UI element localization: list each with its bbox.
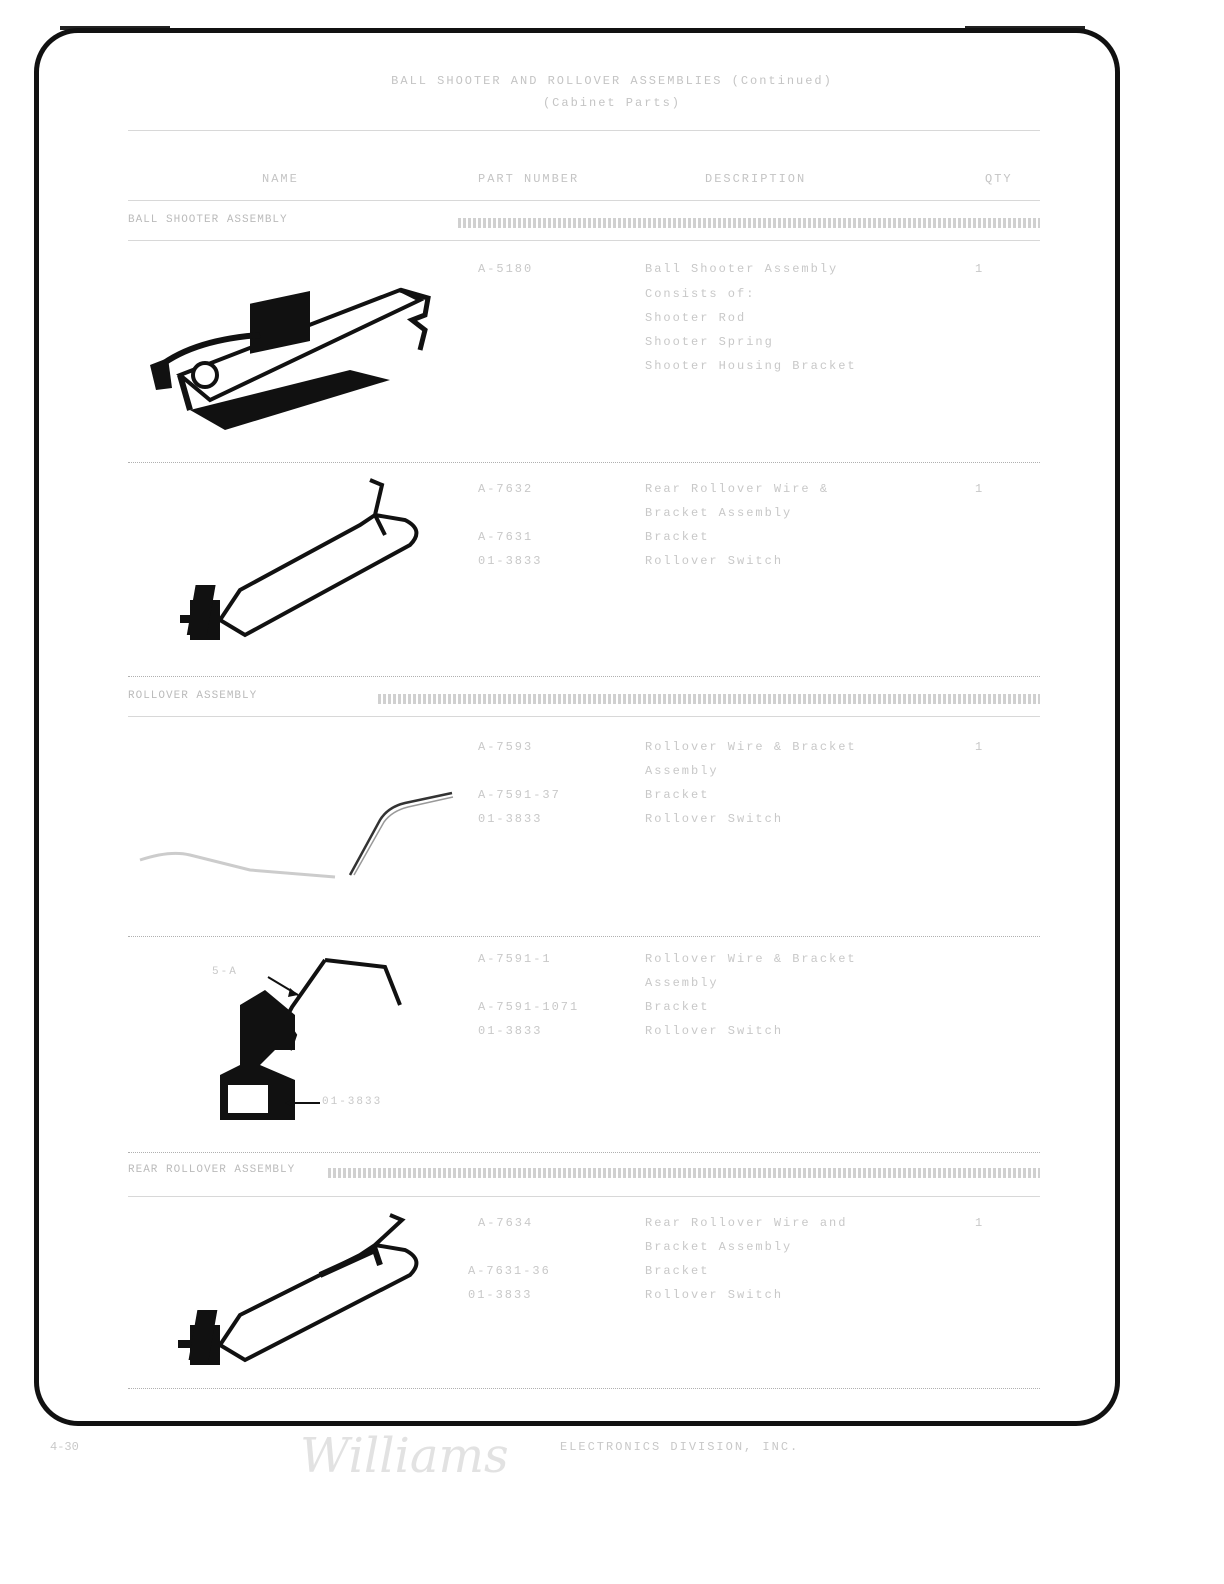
divider	[128, 1388, 1040, 1389]
qty: 1	[975, 482, 984, 496]
qty: 1	[975, 262, 984, 276]
page-subtitle: (Cabinet Parts)	[0, 96, 1224, 110]
column-header-part-number: PART NUMBER	[478, 172, 579, 186]
description: Bracket	[645, 1000, 709, 1014]
description: Consists of:	[645, 287, 755, 301]
description: Rear Rollover Wire &	[645, 482, 829, 496]
divider	[128, 676, 1040, 677]
section-bar: ROLLOVER ASSEMBLY	[128, 690, 1040, 708]
description: Rollover Switch	[645, 1024, 783, 1038]
part-number: 01-3833	[478, 554, 542, 568]
part-number: A-5180	[478, 262, 533, 276]
rollover-bracket-illustration	[200, 955, 420, 1135]
divider	[128, 462, 1040, 463]
page-number: 4-30	[50, 1440, 79, 1454]
description: Shooter Housing Bracket	[645, 359, 857, 373]
description: Ball Shooter Assembly	[645, 262, 838, 276]
part-number: A-7631	[478, 530, 533, 544]
company-name: ELECTRONICS DIVISION, INC.	[560, 1440, 799, 1454]
description: Rollover Switch	[645, 812, 783, 826]
description: Shooter Spring	[645, 335, 774, 349]
description: Rear Rollover Wire and	[645, 1216, 847, 1230]
description: Bracket Assembly	[645, 506, 792, 520]
section-bar: BALL SHOOTER ASSEMBLY	[128, 214, 1040, 232]
part-number: 01-3833	[478, 1024, 542, 1038]
rear-rollover-illustration	[170, 1210, 440, 1380]
rollover-wire-illustration	[170, 475, 440, 655]
divider	[128, 1196, 1040, 1197]
part-number: A-7593	[478, 740, 533, 754]
column-header-qty: QTY	[985, 172, 1013, 186]
description: Rollover Switch	[645, 1288, 783, 1302]
description: Rollover Switch	[645, 554, 783, 568]
description: Bracket	[645, 1264, 709, 1278]
divider	[128, 1152, 1040, 1153]
rollover-wire-short-illustration	[130, 785, 460, 885]
part-number: A-7631-36	[468, 1264, 551, 1278]
column-header-name: NAME	[262, 172, 299, 186]
description: Assembly	[645, 976, 719, 990]
divider	[128, 240, 1040, 241]
part-number: A-7591-1071	[478, 1000, 579, 1014]
part-number: 01-3833	[468, 1288, 532, 1302]
description: Rollover Wire & Bracket	[645, 952, 857, 966]
divider	[128, 936, 1040, 937]
part-number: 01-3833	[478, 812, 542, 826]
section-label: REAR ROLLOVER ASSEMBLY	[128, 1164, 295, 1176]
description: Rollover Wire & Bracket	[645, 740, 857, 754]
qty: 1	[975, 1216, 984, 1230]
description: Bracket	[645, 788, 709, 802]
description: Assembly	[645, 764, 719, 778]
section-label: ROLLOVER ASSEMBLY	[128, 690, 257, 702]
part-number: A-7591-37	[478, 788, 561, 802]
divider	[128, 200, 1040, 201]
ball-shooter-illustration	[150, 280, 440, 440]
qty: 1	[975, 740, 984, 754]
page-title: BALL SHOOTER AND ROLLOVER ASSEMBLIES (Co…	[0, 74, 1224, 88]
company-logo: Williams	[300, 1428, 509, 1484]
part-number: A-7634	[478, 1216, 533, 1230]
divider	[128, 130, 1040, 131]
divider	[128, 716, 1040, 717]
section-label: BALL SHOOTER ASSEMBLY	[128, 214, 288, 226]
section-bar: REAR ROLLOVER ASSEMBLY	[128, 1164, 1040, 1182]
description: Shooter Rod	[645, 311, 746, 325]
part-number: A-7632	[478, 482, 533, 496]
description: Bracket	[645, 530, 709, 544]
column-header-description: DESCRIPTION	[705, 172, 806, 186]
description: Bracket Assembly	[645, 1240, 792, 1254]
part-number: A-7591-1	[478, 952, 552, 966]
